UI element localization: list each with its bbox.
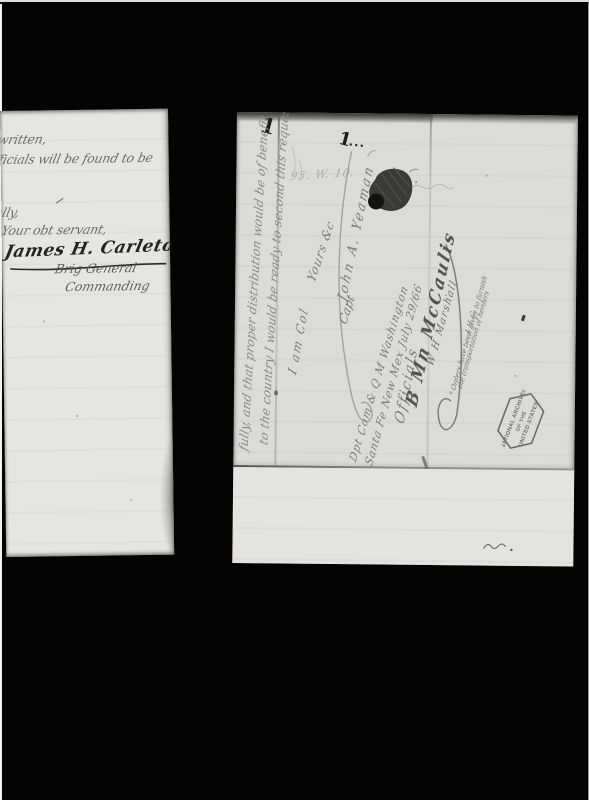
small-pen-tick	[365, 147, 381, 159]
small-pencil-squiggle	[481, 540, 521, 554]
national-archives-stamp: NATIONAL ARCHIVES OF THE UNITED STATES	[492, 386, 549, 456]
letter-line: Your obt servant,	[2, 222, 107, 238]
stray-pen-mark	[53, 195, 73, 207]
signer-rank: Brig General	[55, 260, 137, 276]
letter-line: n written,	[0, 131, 47, 147]
closing-line: I am Col	[285, 307, 311, 376]
document-scan: n written, r Officials will be found to …	[0, 0, 589, 800]
letter-line: tfully,	[0, 205, 19, 220]
faint-numerals: 95. W. 10.	[290, 166, 356, 183]
docket-mark-dots: ...	[348, 134, 366, 151]
closing-line: Yours &c	[304, 219, 337, 283]
letter-line: r Officials will be found to be	[0, 150, 153, 167]
small-ink-tick	[521, 315, 526, 322]
addressee-name: John A. Yeaman	[335, 164, 377, 302]
signer-role: Commanding	[65, 278, 150, 294]
scan-frame-top	[0, 0, 589, 2]
crease-ink-spot	[274, 390, 278, 395]
left-page: n written, r Officials will be found to …	[0, 109, 174, 557]
paper-texture	[232, 467, 574, 567]
paper-specks	[486, 175, 488, 177]
paper-texture	[0, 109, 174, 557]
right-page: 1 1 ... 95. W. 10. fully, and that prope…	[232, 112, 578, 567]
lower-fold-panel	[232, 467, 574, 567]
paper-specks	[43, 320, 45, 322]
page-edge-shadow	[159, 439, 175, 557]
